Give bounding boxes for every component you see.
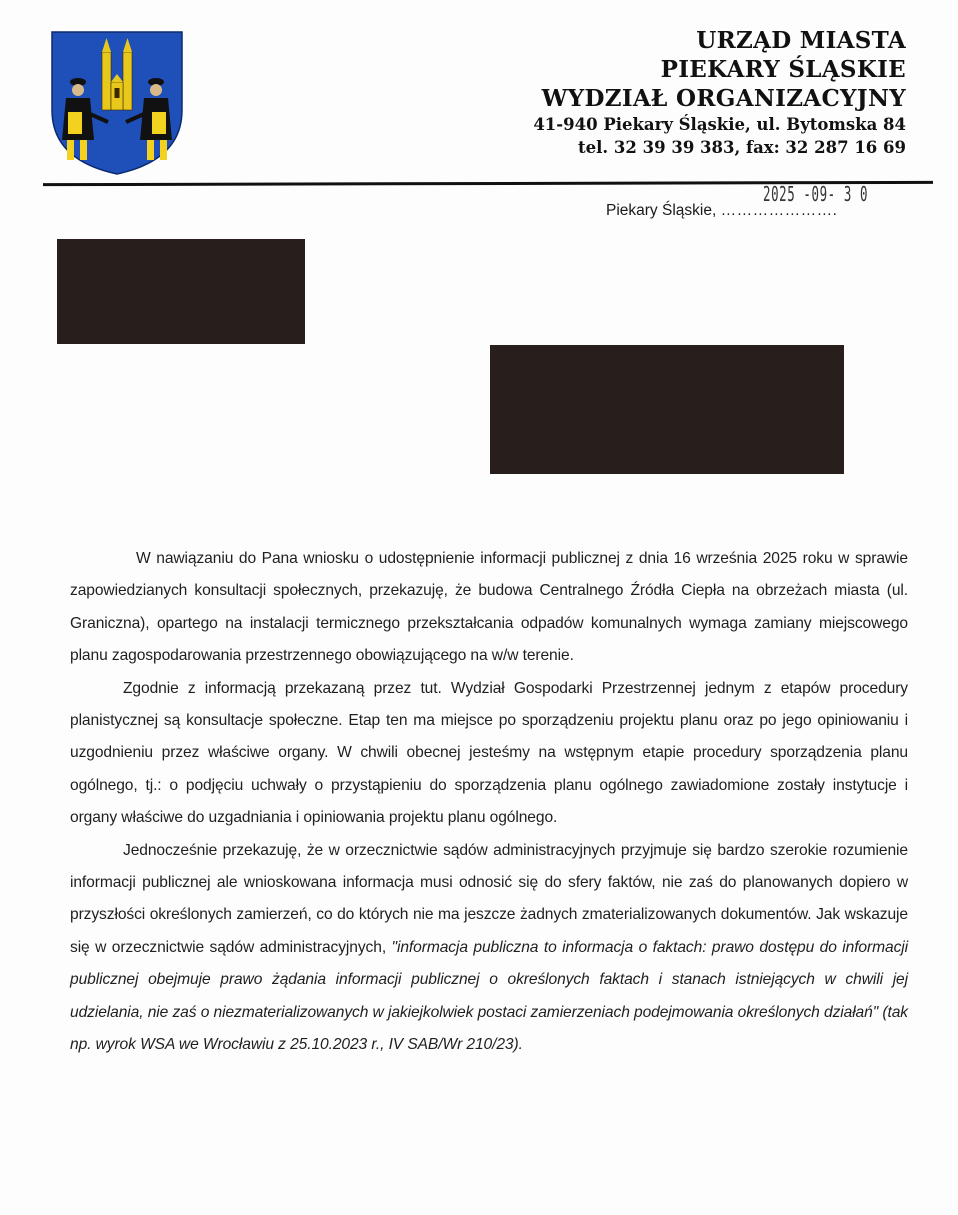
letterhead: URZĄD MIASTA PIEKARY ŚLĄSKIE WYDZIAŁ ORG… [533,26,906,159]
letter-page: URZĄD MIASTA PIEKARY ŚLĄSKIE WYDZIAŁ ORG… [0,0,958,1215]
place-date-line: Piekary Śląskie, …………………. [606,202,837,220]
place-name: Piekary Śląskie, [606,202,716,219]
office-address: 41-940 Piekary Śląskie, ul. Bytomska 84 [533,113,906,136]
city-coat-of-arms-icon [50,30,184,176]
paragraph-2: Zgodnie z informacją przekazaną przez tu… [70,673,908,835]
letter-body: W nawiązaniu do Pana wniosku o udostępni… [70,543,908,1062]
office-name-line2: PIEKARY ŚLĄSKIE [533,55,906,84]
redaction-recipient-block [57,239,305,344]
office-contact: tel. 32 39 39 383, fax: 32 287 16 69 [533,136,906,159]
office-name-line1: URZĄD MIASTA [533,26,906,55]
department-name: WYDZIAŁ ORGANIZACYJNY [533,84,906,113]
redaction-addressee-block [490,345,844,474]
paragraph-3: Jednocześnie przekazuję, że w orzecznict… [70,835,908,1062]
date-dots: …………………. [721,202,838,219]
paragraph-1: W nawiązaniu do Pana wniosku o udostępni… [70,543,908,673]
